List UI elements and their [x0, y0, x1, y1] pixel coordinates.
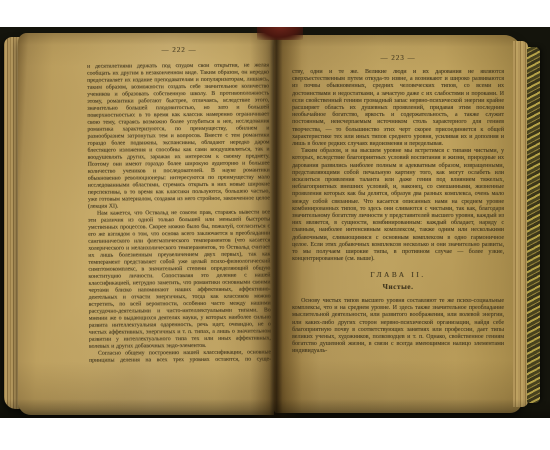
- section-heading: Чистые.: [292, 284, 504, 291]
- paragraph: Согласно общему построению нашей классиф…: [89, 349, 271, 364]
- left-page-number: — 222 —: [88, 46, 270, 54]
- right-page: — 223 — ству, одни и те же. Великие люди…: [274, 35, 522, 413]
- marbled-fore-edge: [527, 47, 540, 403]
- right-page-number: — 223 —: [292, 54, 504, 62]
- right-page-edges: [513, 41, 528, 407]
- paragraph: Таким образом, и на высшем уровне мы вст…: [292, 148, 504, 263]
- book-photo-canvas: — 222 — и десятилетиями держать под спуд…: [0, 0, 550, 450]
- paragraph: Нам кажется, что Оствальд не совсем прав…: [88, 209, 271, 350]
- right-page-text: ству, одни и те же. Великие люди и их да…: [292, 69, 504, 381]
- paragraph: и десятилетиями держать под спудом свои …: [87, 62, 270, 210]
- chapter-heading: ГЛАВА II.: [292, 272, 504, 279]
- photo-background: — 222 — и десятилетиями держать под спуд…: [0, 27, 550, 418]
- paragraph: ству, одни и те же. Великие люди и их да…: [292, 69, 504, 148]
- paragraph: Основу чистых типов высшего уровня соста…: [292, 298, 504, 356]
- left-page: — 222 — и десятилетиями держать под спуд…: [18, 33, 274, 415]
- left-page-text: и десятилетиями держать под спудом свои …: [87, 62, 271, 371]
